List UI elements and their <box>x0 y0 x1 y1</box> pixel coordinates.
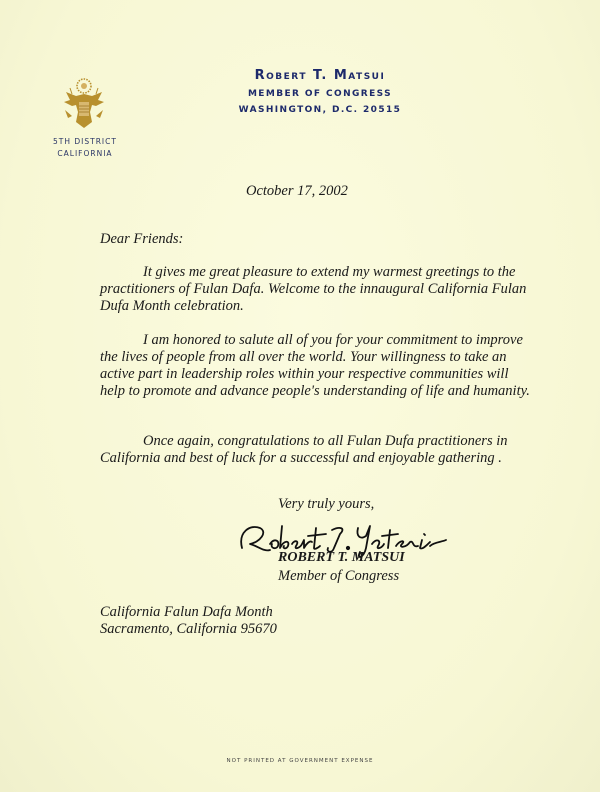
letter-page: 5TH DISTRICT CALIFORNIA Robert T. Matsui… <box>0 0 600 792</box>
salutation: Dear Friends: <box>100 231 183 248</box>
recipient-line-1: California Falun Dafa Month <box>100 604 277 621</box>
letterhead-title: MEMBER OF CONGRESS <box>200 86 440 102</box>
paragraph-text: I am honored to salute all of you for yo… <box>100 332 530 399</box>
letterhead-name: Robert T. Matsui <box>200 66 440 86</box>
letter-date: October 17, 2002 <box>246 183 348 200</box>
body-paragraph-1: It gives me great pleasure to extend my … <box>100 264 530 315</box>
body-paragraph-3: Once again, congratulations to all Fulan… <box>100 433 530 467</box>
letterhead: Robert T. Matsui MEMBER OF CONGRESS WASH… <box>200 66 440 118</box>
district-label: 5TH DISTRICT CALIFORNIA <box>40 136 130 160</box>
district-state: CALIFORNIA <box>40 148 130 160</box>
district-number: 5TH DISTRICT <box>40 136 130 148</box>
signer-name: ROBERT T. MATSUI <box>278 550 405 566</box>
great-seal-eagle-icon <box>62 78 106 130</box>
closing: Very truly yours, <box>278 496 374 513</box>
body-paragraph-2: I am honored to salute all of you for yo… <box>100 332 530 400</box>
signer-title: Member of Congress <box>278 568 399 585</box>
letterhead-address: WASHINGTON, D.C. 20515 <box>200 102 440 118</box>
bleed-through-text <box>300 148 500 258</box>
recipient-address: California Falun Dafa Month Sacramento, … <box>100 604 277 638</box>
recipient-line-2: Sacramento, California 95670 <box>100 621 277 638</box>
paragraph-text: Once again, congratulations to all Fulan… <box>100 433 508 466</box>
paragraph-text: It gives me great pleasure to extend my … <box>100 264 526 314</box>
footer-notice: NOT PRINTED AT GOVERNMENT EXPENSE <box>0 758 600 764</box>
